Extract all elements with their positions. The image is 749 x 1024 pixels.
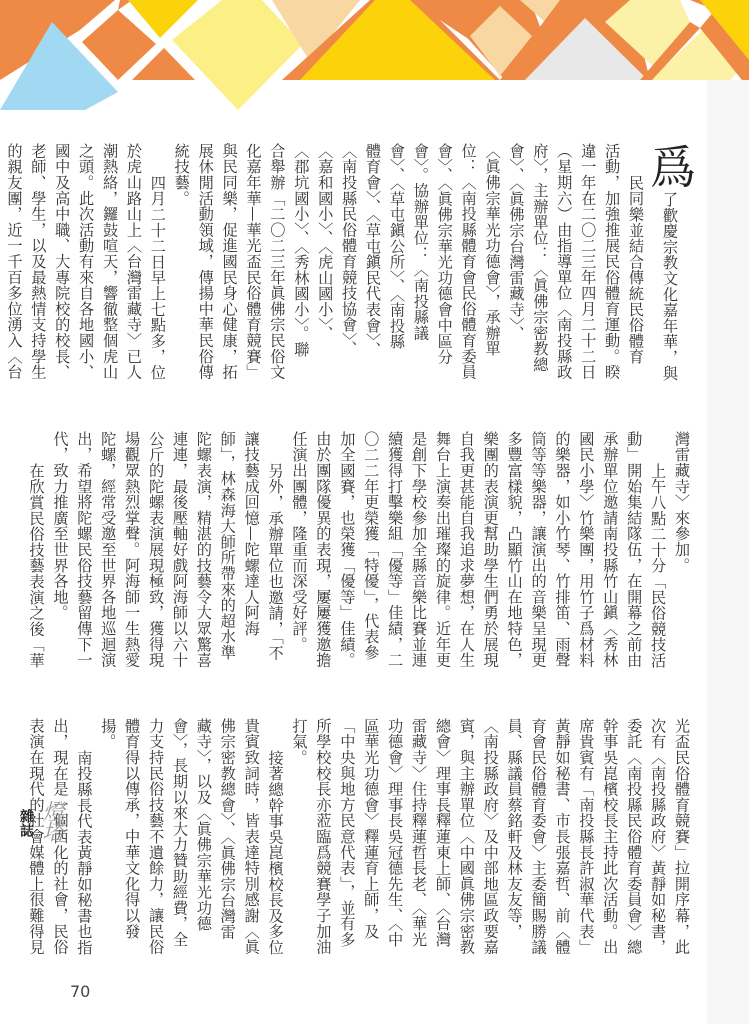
article-column: 陀螺，經常受邀至世界各地巡迴演 bbox=[95, 431, 119, 681]
article-band-1: 爲了歡慶宗教文化嘉年華，與 民同樂並結合傳統民俗體育 活動，加強推展民俗體育運動… bbox=[53, 143, 693, 393]
article-column: 席貴賓有「南投縣長許淑華代表」 bbox=[573, 718, 597, 968]
article-column: 員、縣議員蔡銘軒及林友友等， bbox=[502, 718, 526, 968]
article-column: 幹事吳崑檳校長主持此次活動。出 bbox=[597, 718, 621, 968]
article-column: 黃靜如秘書、市長張嘉哲、前〈體 bbox=[550, 718, 574, 968]
article-column: 灣雷藏寺〉來參加。 bbox=[669, 431, 693, 681]
article-column: 南投縣長代表黃靜如秘書也指 bbox=[71, 718, 95, 968]
article-column: 連連，最後壓軸好戲阿海師以六十 bbox=[167, 431, 191, 681]
article-column: 佛宗密教總會〉、〈眞佛宗台灣雷 bbox=[215, 718, 239, 968]
article-column: 任演出團體，隆重而深受好評。 bbox=[287, 431, 311, 681]
magazine-logo-script: 燈塔 bbox=[36, 800, 67, 840]
article-column: 動」開始集結隊伍，在開幕之前由 bbox=[621, 431, 645, 681]
article-column: 讓技藝成回憶—陀螺達人阿海 bbox=[239, 431, 263, 681]
article-column: 續獲得打擊樂組「優等」佳績，二 bbox=[382, 431, 406, 681]
article-column: 接著總幹事吳崑檳校長及多位 bbox=[263, 718, 287, 968]
article-column: 統技藝。 bbox=[169, 143, 193, 393]
article-column: 舞台上演奏出璀璨的旋律。近年更 bbox=[430, 431, 454, 681]
article-column: 承辦單位邀請南投縣竹山鎭〈秀林 bbox=[597, 431, 621, 681]
article-column: 四月二十二日早上七點多，位 bbox=[145, 143, 169, 393]
article-column: 〈南投縣民俗體育競技協會〉、 bbox=[336, 143, 360, 393]
article-column: 與民同樂，促進國民身心健康，拓 bbox=[217, 143, 241, 393]
page-margin bbox=[707, 80, 749, 1024]
article-column: 體育會〉、〈草屯鎭民代表會〉、 bbox=[360, 143, 384, 393]
magazine-logo-label: 雜誌 bbox=[16, 806, 36, 840]
article-column: 的親友團，近一千百多位湧入〈台 bbox=[2, 143, 26, 393]
article-column: 〈嘉和國小〉、〈虎山國小〉、 bbox=[312, 143, 336, 393]
article-column: 公斤的陀螺表演展現極致，獲得現 bbox=[143, 431, 167, 681]
article-column: 展休閒活動領域，傳揚中華民俗傳 bbox=[193, 143, 217, 393]
column-text: 了歡慶宗教文化嘉年華，與 bbox=[661, 192, 679, 382]
article-column: 在欣賞民俗技藝表演之後「華 bbox=[24, 431, 48, 681]
article-column: 育會民俗體育委會〉主委簡賜勝議 bbox=[526, 718, 550, 968]
article-column: 於虎山路山上〈台灣雷藏寺〉已人 bbox=[121, 143, 145, 393]
article-column: 府〉，主辦單位：〈眞佛宗密教總 bbox=[527, 143, 551, 393]
decorative-banner bbox=[0, 0, 749, 110]
drop-cap: 爲 bbox=[647, 143, 693, 190]
article-column: 爲了歡慶宗教文化嘉年華，與 bbox=[647, 143, 693, 393]
article-column: 〈眞佛宗華光功德會〉，承辦單 bbox=[480, 143, 504, 393]
article-column: 力支持民俗技藝不遺餘力，讓民俗 bbox=[143, 718, 167, 968]
article-column: 上午八點二十分「民俗競技活 bbox=[645, 431, 669, 681]
article-column: 民同樂並結合傳統民俗體育 bbox=[623, 143, 647, 393]
article-column: 合舉辦「二〇二三年眞佛宗民俗文 bbox=[265, 143, 289, 393]
article-column: 化嘉年華—華光盃民俗體育競賽」 bbox=[241, 143, 265, 393]
article-column: 會〉、〈草屯鎭公所〉、〈南投縣 bbox=[384, 143, 408, 393]
article-column: 會〉。協辦單位：〈南投縣議 bbox=[408, 143, 432, 393]
article-column: 會〉，長期以來大力贊助經費，全 bbox=[167, 718, 191, 968]
article-column: 次有〈南投縣政府〉黃靜如秘書， bbox=[645, 718, 669, 968]
page-number: 70 bbox=[70, 982, 90, 1001]
article-column: 場觀眾熱烈掌聲。阿海師一生熱愛 bbox=[119, 431, 143, 681]
article-column: 打氣。 bbox=[287, 718, 311, 968]
article-column: 區華光功德會〉釋蓮育上師，及 bbox=[358, 718, 382, 968]
article-column: 老師、學生，以及最熱情支持學生 bbox=[25, 143, 49, 393]
article-column: 是創下學校參加全縣音樂比賽並連 bbox=[406, 431, 430, 681]
article-column: 國中及高中職、大專院校的校長、 bbox=[49, 143, 73, 393]
article-column: 潮熱絡，鑼鼓喧天，響徹整個虎山 bbox=[97, 143, 121, 393]
article-band-3: 光盃民俗體育競賽」拉開序幕，此 次有〈南投縣政府〉黃靜如秘書， 委託〈南投縣民俗… bbox=[53, 718, 693, 968]
article-column: 活動，加強推展民俗體育運動。睽 bbox=[599, 143, 623, 393]
article-column: 藏寺〉，以及〈眞佛宗華光功德 bbox=[191, 718, 215, 968]
magazine-logo: 燈塔 雜誌 bbox=[27, 800, 67, 840]
article-column: 會〉、〈眞佛宗華光功德會中區分 bbox=[432, 143, 456, 393]
article-column: 加全國賽，也榮獲「優等」佳績。 bbox=[334, 431, 358, 681]
article-column: （星期六）由指導單位〈南投縣政 bbox=[551, 143, 575, 393]
article-band-2: 灣雷藏寺〉來參加。 上午八點二十分「民俗競技活 動」開始集結隊伍，在開幕之前由 … bbox=[53, 431, 693, 681]
article-column: 貴賓致詞時，皆表達特別感謝〈眞 bbox=[239, 718, 263, 968]
article-column: 表演在現代的社會媒體上很難得見 bbox=[24, 718, 48, 968]
article-column: 由於團隊優異的表現，屢屢獲邀擔 bbox=[311, 431, 335, 681]
article-column: 雷藏寺〉住持釋蓮哲長老、〈華光 bbox=[406, 718, 430, 968]
article-column: 多豐富樣貌，凸顯竹山在地特色， bbox=[502, 431, 526, 681]
article-column: 會〉、〈眞佛宗台灣雷藏寺〉、 bbox=[504, 143, 528, 393]
article-column: 代，致力推廣至世界各地。 bbox=[48, 431, 72, 681]
article-column: 國民小學〉竹樂團，用竹子爲材料 bbox=[573, 431, 597, 681]
article-column: 「中央與地方民意代表」，並有多 bbox=[334, 718, 358, 968]
article-column: 委託〈南投縣民俗體育委員會〉總 bbox=[621, 718, 645, 968]
article-column: 的樂器，如小竹琴、竹排笛、雨聲 bbox=[550, 431, 574, 681]
article-column: 位：〈南投縣體育會民俗體育委員 bbox=[456, 143, 480, 393]
article-column: 揚。 bbox=[95, 718, 119, 968]
article-column: 樂團的表演更幫助學生們勇於展現 bbox=[478, 431, 502, 681]
article-column: 光盃民俗體育競賽」拉開序幕，此 bbox=[669, 718, 693, 968]
article-column: 功德會〉理事長吳冠德先生、〈中 bbox=[382, 718, 406, 968]
article-column: 違一年在二〇二三年四月二十二日 bbox=[575, 143, 599, 393]
article-column: 自我更甚能自我追求夢想，在人生 bbox=[454, 431, 478, 681]
article-column: 〈郡坑國小〉、〈秀林國小〉。聯 bbox=[288, 143, 312, 393]
article-column: 筒等等樂器，讓演出的音樂呈現更 bbox=[526, 431, 550, 681]
article-column: 出，希望將陀螺民俗技藝留傳下一 bbox=[71, 431, 95, 681]
article-column: 之頭。此次活動有來自各地國小、 bbox=[73, 143, 97, 393]
article-column: 體育得以傳承，中華文化得以發 bbox=[119, 718, 143, 968]
article-column: 師」，林森海大師所帶來的超水準 bbox=[215, 431, 239, 681]
article-column: 另外，承辦單位也邀請，「不 bbox=[263, 431, 287, 681]
article-column: 所學校校長亦蒞臨爲競賽學子加油 bbox=[311, 718, 335, 968]
article-column: 〇二二年更榮獲「特優」，代表參 bbox=[358, 431, 382, 681]
article-column: 總會〉理事長釋蓮東上師、〈台灣 bbox=[430, 718, 454, 968]
article-column: 出，現在是一個西化的社會，民俗 bbox=[48, 718, 72, 968]
article-column: 陀螺表演，精湛的技藝令大眾驚喜 bbox=[191, 431, 215, 681]
article-column: 〈南投縣政府〉及中部地區政要嘉 bbox=[478, 718, 502, 968]
article-column: 賓，與主辦單位〈中國眞佛宗密教 bbox=[454, 718, 478, 968]
